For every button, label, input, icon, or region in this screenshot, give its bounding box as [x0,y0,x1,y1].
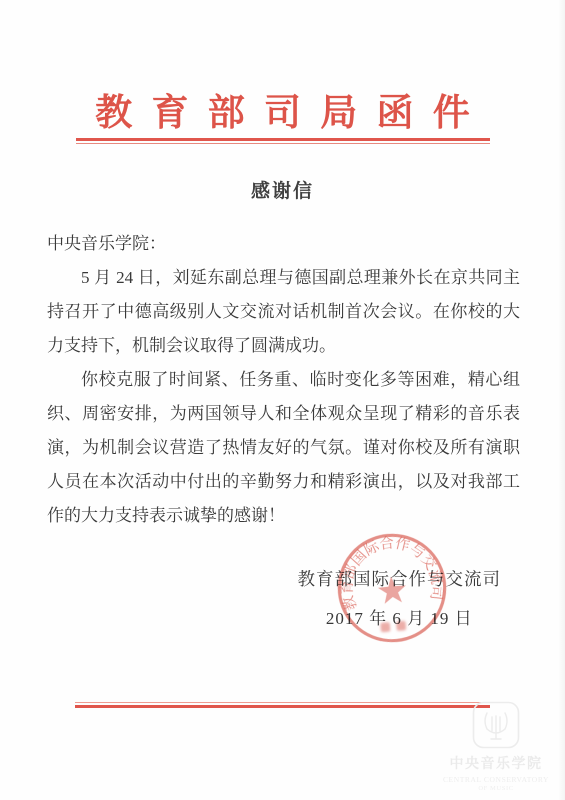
conservatory-logo-icon [472,701,520,749]
letterhead-title: 教育部司局函件 [0,82,565,136]
conservatory-watermark: 中央音乐学院 CENTRAL CONSERVATORY OF MUSIC [441,701,551,792]
watermark-cn-text: 中央音乐学院 [450,753,543,773]
paragraph-1: 5 月 24 日，刘延东副总理与德国副总理兼外长在京共同主持召开了中德高级别人文… [47,261,520,363]
scan-edge-shadow [558,0,565,800]
watermark-en-line2: OF MUSIC [478,785,513,792]
letter-title: 感谢信 [0,176,565,203]
letter-body: 中央音乐学院： 5 月 24 日，刘延东副总理与德国副总理兼外长在京共同主持召开… [47,227,520,533]
scanned-letter-page: 教育部司局函件 感谢信 中央音乐学院： 5 月 24 日，刘延东副总理与德国副总… [0,0,565,800]
signature-department: 教育部国际合作与交流司 [298,566,502,591]
watermark-en-line1: CENTRAL CONSERVATORY [443,775,549,784]
signature-date: 2017 年 6 月 19 日 [298,604,502,629]
footer-rule [75,702,490,703]
salutation: 中央音乐学院： [47,227,520,261]
paragraph-2: 你校克服了时间紧、任务重、临时变化多等困难，精心组织、周密安排，为两国领导人和全… [47,363,520,533]
signature-block: 教育部国际合作与交流司 2017 年 6 月 19 日 [298,566,502,629]
letterhead-rule [76,138,490,141]
